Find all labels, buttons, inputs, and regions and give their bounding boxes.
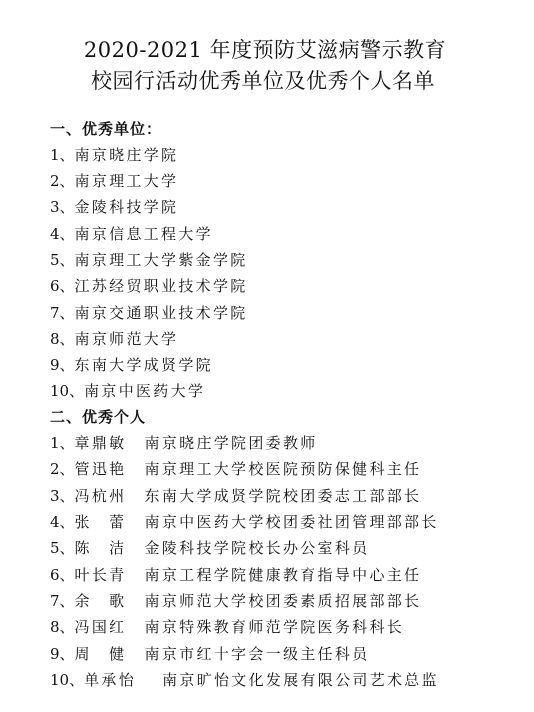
- person-name: 周 健: [75, 644, 145, 664]
- person-title: 南京师范大学校团委素质招展部部长: [145, 592, 422, 610]
- item-number: 9、: [50, 645, 75, 663]
- person-name: 冯国红: [75, 617, 145, 637]
- item-number: 5、: [50, 539, 75, 557]
- item-number: 4、: [50, 225, 75, 243]
- person-name: 冯杭州: [75, 486, 145, 506]
- list-item: 1、章鼎敏南京晓庄学院团委教师: [50, 433, 318, 453]
- item-number: 3、: [50, 487, 75, 505]
- item-number: 10、: [50, 382, 84, 400]
- item-number: 7、: [50, 304, 75, 322]
- person-title: 南京工程学院健康教育指导中心主任: [145, 566, 422, 584]
- section-heading-units: 一、优秀单位：: [50, 119, 162, 139]
- unit-name: 南京信息工程大学: [75, 225, 213, 243]
- list-item: 6、江苏经贸职业技术学院: [50, 276, 248, 296]
- item-number: 6、: [50, 566, 75, 584]
- person-title: 南京理工大学校医院预防保健科主任: [145, 460, 422, 478]
- document-title-line-2: 校园行活动优秀单位及优秀个人名单: [0, 66, 530, 96]
- list-item: 3、冯杭州东南大学成贤学院校团委志工部部长: [50, 486, 421, 506]
- unit-name: 南京交通职业技术学院: [75, 304, 248, 322]
- item-number: 1、: [50, 434, 75, 452]
- person-title: 南京旷怡文化发展有限公司艺术总监: [162, 671, 439, 689]
- person-title: 南京晓庄学院团委教师: [145, 434, 318, 452]
- unit-name: 东南大学成贤学院: [75, 356, 213, 374]
- item-number: 5、: [50, 251, 75, 269]
- section-heading-individuals: 二、优秀个人: [50, 407, 146, 427]
- list-item: 8、南京师范大学: [50, 329, 178, 349]
- unit-name: 南京师范大学: [75, 330, 179, 348]
- item-number: 8、: [50, 618, 75, 636]
- item-number: 10、: [50, 671, 84, 689]
- person-title: 南京市红十字会一级主任科员: [145, 645, 370, 663]
- person-name: 章鼎敏: [75, 433, 145, 453]
- item-number: 9、: [50, 356, 75, 374]
- item-number: 6、: [50, 277, 75, 295]
- person-title: 南京中医药大学校团委社团管理部部长: [145, 513, 439, 531]
- person-name: 管迅艳: [75, 459, 145, 479]
- item-number: 2、: [50, 460, 75, 478]
- unit-name: 南京中医药大学: [84, 382, 205, 400]
- item-number: 2、: [50, 172, 75, 190]
- list-item: 8、冯国红南京特殊教育师范学院医务科科长: [50, 617, 404, 637]
- unit-name: 金陵科技学院: [75, 198, 179, 216]
- item-number: 7、: [50, 592, 75, 610]
- list-item: 4、南京信息工程大学: [50, 224, 213, 244]
- list-item: 7、余 歌南京师范大学校团委素质招展部部长: [50, 591, 421, 611]
- unit-name: 江苏经贸职业技术学院: [75, 277, 248, 295]
- list-item: 10、南京中医药大学: [50, 381, 205, 401]
- person-name: 叶长青: [75, 565, 145, 585]
- item-number: 1、: [50, 146, 75, 164]
- list-item: 5、陈 洁金陵科技学院校长办公室科员: [50, 538, 369, 558]
- document-title-line-1: 2020-2021 年度预防艾滋病警示教育: [0, 35, 532, 65]
- unit-name: 南京理工大学紫金学院: [75, 251, 248, 269]
- list-item: 6、叶长青南京工程学院健康教育指导中心主任: [50, 565, 421, 585]
- person-title: 金陵科技学院校长办公室科员: [145, 539, 370, 557]
- person-name: 单承怡: [84, 670, 162, 690]
- unit-name: 南京晓庄学院: [75, 146, 179, 164]
- person-title: 南京特殊教育师范学院医务科科长: [145, 618, 405, 636]
- list-item: 2、管迅艳南京理工大学校医院预防保健科主任: [50, 459, 421, 479]
- list-item: 7、南京交通职业技术学院: [50, 303, 248, 323]
- list-item: 9、东南大学成贤学院: [50, 355, 213, 375]
- list-item: 2、南京理工大学: [50, 171, 178, 191]
- list-item: 9、周 健南京市红十字会一级主任科员: [50, 644, 369, 664]
- list-item: 5、南京理工大学紫金学院: [50, 250, 248, 270]
- list-item: 10、单承怡南京旷怡文化发展有限公司艺术总监: [50, 670, 439, 690]
- person-title: 东南大学成贤学院校团委志工部部长: [145, 487, 422, 505]
- list-item: 4、张 蕾南京中医药大学校团委社团管理部部长: [50, 512, 439, 532]
- item-number: 4、: [50, 513, 75, 531]
- person-name: 余 歌: [75, 591, 145, 611]
- list-item: 1、南京晓庄学院: [50, 145, 178, 165]
- item-number: 3、: [50, 198, 75, 216]
- item-number: 8、: [50, 330, 75, 348]
- unit-name: 南京理工大学: [75, 172, 179, 190]
- list-item: 3、金陵科技学院: [50, 197, 178, 217]
- person-name: 张 蕾: [75, 512, 145, 532]
- person-name: 陈 洁: [75, 538, 145, 558]
